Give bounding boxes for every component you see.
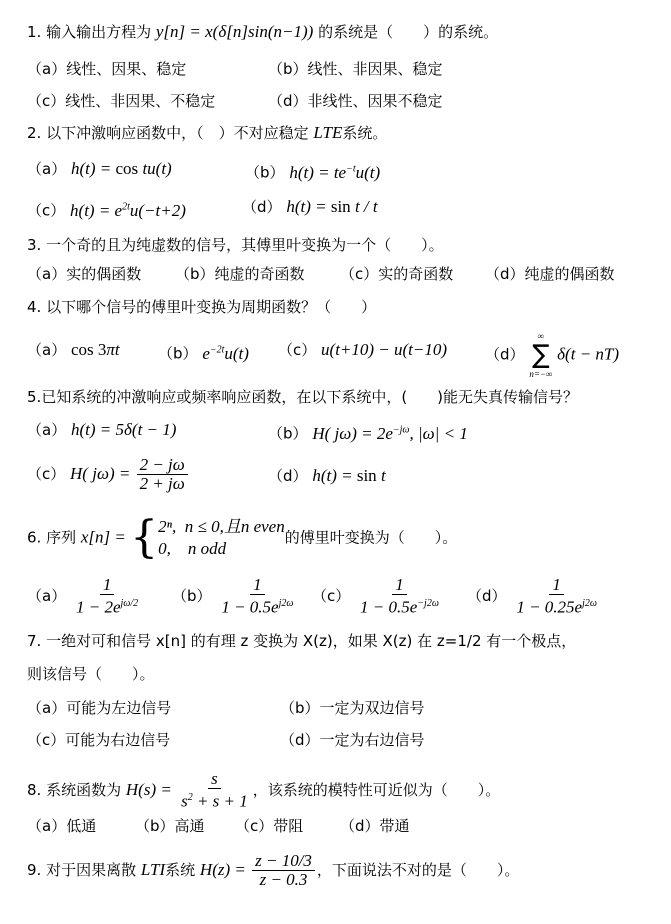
q1-suffix: 的系统是（ ）的系统。 <box>318 23 498 41</box>
question-1: 1. 输入输出方程为 y[n] = x(δ[n]sin(n−1)) 的系统是（ … <box>27 22 498 42</box>
q1-number: 1. <box>27 23 41 41</box>
question-6: 6. 序列 x[n] = {2ⁿ, n ≤ 0,且n even0, n odd的… <box>27 516 457 560</box>
q1-option-b[interactable]: （b）线性、非因果、稳定 <box>268 59 443 79</box>
question-8: 8. 系统函数为 H(s) = ss2 + s + 1，该系统的模特性可近似为（… <box>27 770 500 811</box>
q2-option-d[interactable]: （d） h(t) = sin t / t <box>242 197 378 217</box>
q1-option-c[interactable]: （c）线性、非因果、不稳定 <box>27 91 215 111</box>
q7-option-c[interactable]: （c）可能为右边信号 <box>27 730 170 750</box>
question-7-line2: 则该信号（ ）。 <box>27 664 155 684</box>
q6-option-d[interactable]: （d） 11 − 0.25ej2ω <box>467 576 602 617</box>
q1-option-a[interactable]: （a）线性、因果、稳定 <box>27 59 186 79</box>
q3-option-b[interactable]: （b）纯虚的奇函数 <box>175 264 305 284</box>
q8-option-c[interactable]: （c）带阻 <box>235 816 303 836</box>
q1-option-d[interactable]: （d）非线性、因果不稳定 <box>268 91 443 111</box>
q5-option-a[interactable]: （a） h(t) = 5δ(t − 1) <box>27 420 176 440</box>
q4-option-c[interactable]: （c） u(t+10) − u(t−10) <box>278 340 447 360</box>
q7-option-d[interactable]: （d）一定为右边信号 <box>280 730 425 750</box>
q4-option-b[interactable]: （b） e−2tu(t) <box>158 340 249 364</box>
question-3: 3. 一个奇的且为纯虚数的信号，其傅里叶变换为一个（ ）。 <box>27 235 444 255</box>
q6-option-c[interactable]: （c） 11 − 0.5e−j2ω <box>312 576 444 617</box>
q4-option-d[interactable]: （d） ∞∑n=−∞ δ(t − nT) <box>485 330 619 380</box>
q2-option-b[interactable]: （b） h(t) = te−tu(t) <box>245 159 380 183</box>
q7-option-b[interactable]: （b）一定为双边信号 <box>280 698 425 718</box>
q2-option-c[interactable]: （c） h(t) = e2tu(−t+2) <box>27 197 186 221</box>
q3-option-d[interactable]: （d）纯虚的偶函数 <box>485 264 615 284</box>
q7-option-a[interactable]: （a）可能为左边信号 <box>27 698 171 718</box>
q6-option-b[interactable]: （b） 11 − 0.5ej2ω <box>172 576 298 617</box>
question-4: 4. 以下哪个信号的傅里叶变换为周期函数？（ ） <box>27 297 376 317</box>
q5-option-c[interactable]: （c） H( jω) = 2 − jω2 + jω <box>27 456 190 493</box>
q1-prefix: 输入输出方程为 <box>46 23 151 41</box>
q8-option-d[interactable]: （d）带通 <box>340 816 410 836</box>
q4-option-a[interactable]: （a） cos 3πt <box>27 340 120 360</box>
q3-option-c[interactable]: （c）实的奇函数 <box>340 264 453 284</box>
q8-option-b[interactable]: （b）高通 <box>135 816 205 836</box>
q2-option-a[interactable]: （a） h(t) = cos tu(t) <box>27 159 172 179</box>
q5-option-d[interactable]: （d） h(t) = sin t <box>268 466 386 486</box>
q5-option-b[interactable]: （b） H( jω) = 2e−jω, |ω| < 1 <box>268 420 468 444</box>
question-9: 9. 对于因果离散 LTI系统 H(z) = z − 10/3z − 0.3，下… <box>27 852 519 889</box>
question-7: 7. 一绝对可和信号 x[n] 的有理 z 变换为 X(z)，如果 X(z) 在… <box>27 631 576 651</box>
question-2: 2. 以下冲激响应函数中，（ ）不对应稳定 LTE系统。 <box>27 123 387 143</box>
q6-option-a[interactable]: （a） 11 − 2ejω/2 <box>27 576 143 617</box>
question-5: 5.已知系统的冲激响应或频率响应函数，在以下系统中，( )能无失真传输信号？ <box>27 387 578 407</box>
q8-option-a[interactable]: （a）低通 <box>27 816 96 836</box>
q3-option-a[interactable]: （a）实的偶函数 <box>27 264 141 284</box>
q1-formula: y[n] = x(δ[n]sin(n−1)) <box>156 22 313 41</box>
